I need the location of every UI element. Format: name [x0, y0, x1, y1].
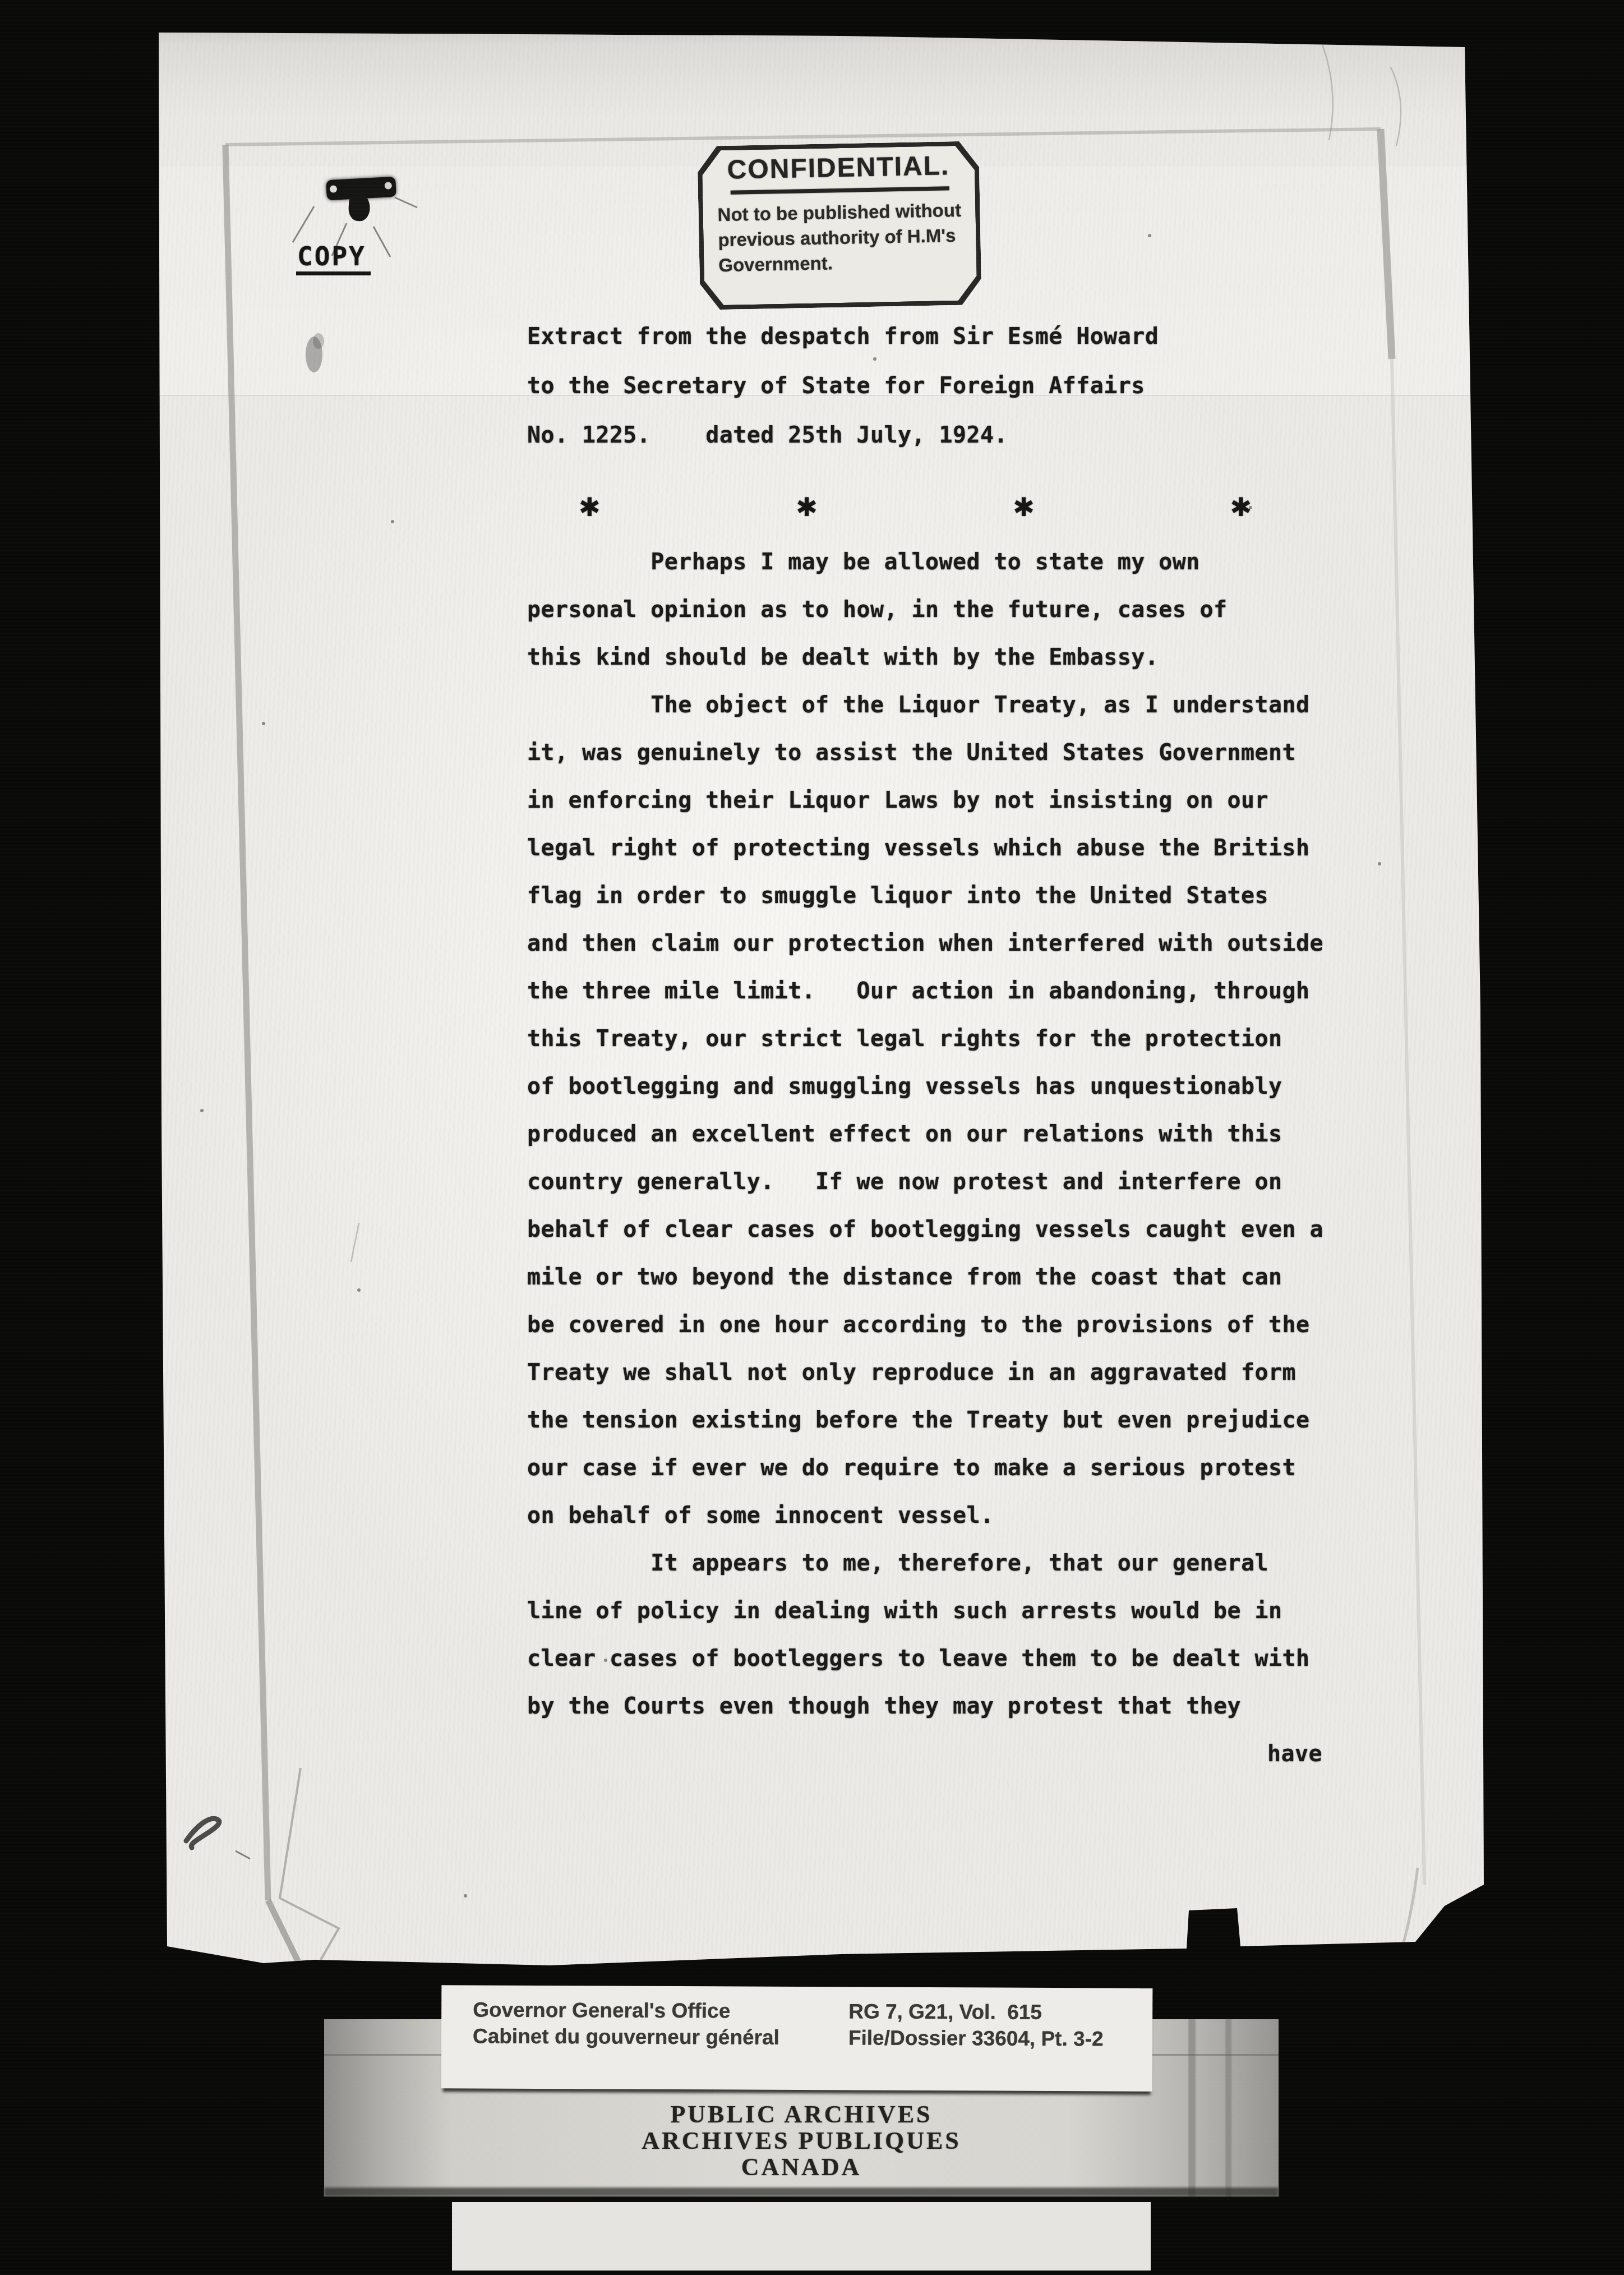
typed-line: this Treaty, our strict legal rights for… [527, 1015, 1357, 1063]
office-label: Governor General's Office Cabinet du gou… [473, 1996, 779, 2050]
typed-line: mile or two beyond the distance from the… [527, 1254, 1357, 1301]
typed-line: produced an excellent effect on our rela… [527, 1111, 1357, 1158]
heading-line: to the Secretary of State for Foreign Af… [527, 361, 1357, 411]
typed-line: clear cases of bootleggers to leave them… [527, 1635, 1357, 1683]
stamp-title: CONFIDENTIAL. [698, 150, 980, 187]
typed-text-block: Extract from the despatch from Sir Esmé … [527, 312, 1357, 1778]
typed-line: flag in order to smuggle liquor into the… [527, 872, 1357, 920]
typed-line: legal right of protecting vessels which … [527, 825, 1357, 872]
stamp-subtext: Not to be published without previous aut… [717, 197, 976, 278]
heading-line: No. 1225. dated 25th July, 1924. [527, 411, 1357, 460]
typed-line: be covered in one hour according to the … [527, 1301, 1357, 1349]
asterisk-icon: ✱ [1230, 476, 1252, 538]
typed-line: behalf of clear cases of bootlegging ves… [527, 1206, 1357, 1254]
typed-line: this kind should be dealt with by the Em… [527, 634, 1357, 681]
typed-line: country generally. If we now protest and… [527, 1158, 1357, 1206]
microfilm-frame: COPY CONFIDENTIAL. Not to be published w… [0, 0, 1624, 2275]
staple-mark [326, 177, 396, 200]
typed-line: by the Courts even though they may prote… [527, 1683, 1357, 1730]
scanned-page: COPY CONFIDENTIAL. Not to be published w… [0, 0, 1624, 2275]
typed-line: it, was genuinely to assist the United S… [527, 729, 1357, 777]
public-archives-stamp: PUBLIC ARCHIVES ARCHIVES PUBLIQUES CANAD… [324, 2101, 1279, 2180]
typed-line: personal opinion as to how, in the futur… [527, 586, 1357, 634]
typed-line: on behalf of some innocent vessel. [527, 1492, 1357, 1540]
heading-line: Extract from the despatch from Sir Esmé … [527, 312, 1357, 361]
handwritten-mark [186, 1818, 219, 1848]
typed-line: The object of the Liquor Treaty, as I un… [527, 681, 1357, 729]
copy-label: COPY [296, 241, 371, 275]
typed-line: It appears to me, therefore, that our ge… [527, 1540, 1357, 1587]
typed-line: and then claim our protection when inter… [527, 920, 1357, 968]
asterisk-icon: ✱ [579, 476, 601, 538]
reference-label: RG 7, G21, Vol. 615 File/Dossier 33604, … [848, 1998, 1104, 2052]
catchword: have [527, 1730, 1357, 1778]
blank-label-strip [452, 2202, 1151, 2271]
typed-line: the three mile limit. Our action in aban… [527, 968, 1357, 1015]
archival-reference-card: Governor General's Office Cabinet du gou… [441, 1985, 1153, 2092]
typed-line: our case if ever we do require to make a… [527, 1444, 1357, 1492]
asterisk-icon: ✱ [796, 476, 818, 538]
confidential-stamp: CONFIDENTIAL. Not to be published withou… [697, 141, 982, 310]
typed-line: the tension existing before the Treaty b… [527, 1397, 1357, 1444]
asterisk-separator: ✱ ✱ ✱ ✱ [527, 476, 1357, 538]
typed-line: line of policy in dealing with such arre… [527, 1587, 1357, 1635]
typed-line: in enforcing their Liquor Laws by not in… [527, 777, 1357, 825]
typed-line: Perhaps I may be allowed to state my own [527, 538, 1357, 586]
asterisk-icon: ✱ [1013, 476, 1035, 538]
typed-line: Treaty we shall not only reproduce in an… [527, 1349, 1357, 1397]
typed-line: of bootlegging and smuggling vessels has… [527, 1063, 1357, 1111]
